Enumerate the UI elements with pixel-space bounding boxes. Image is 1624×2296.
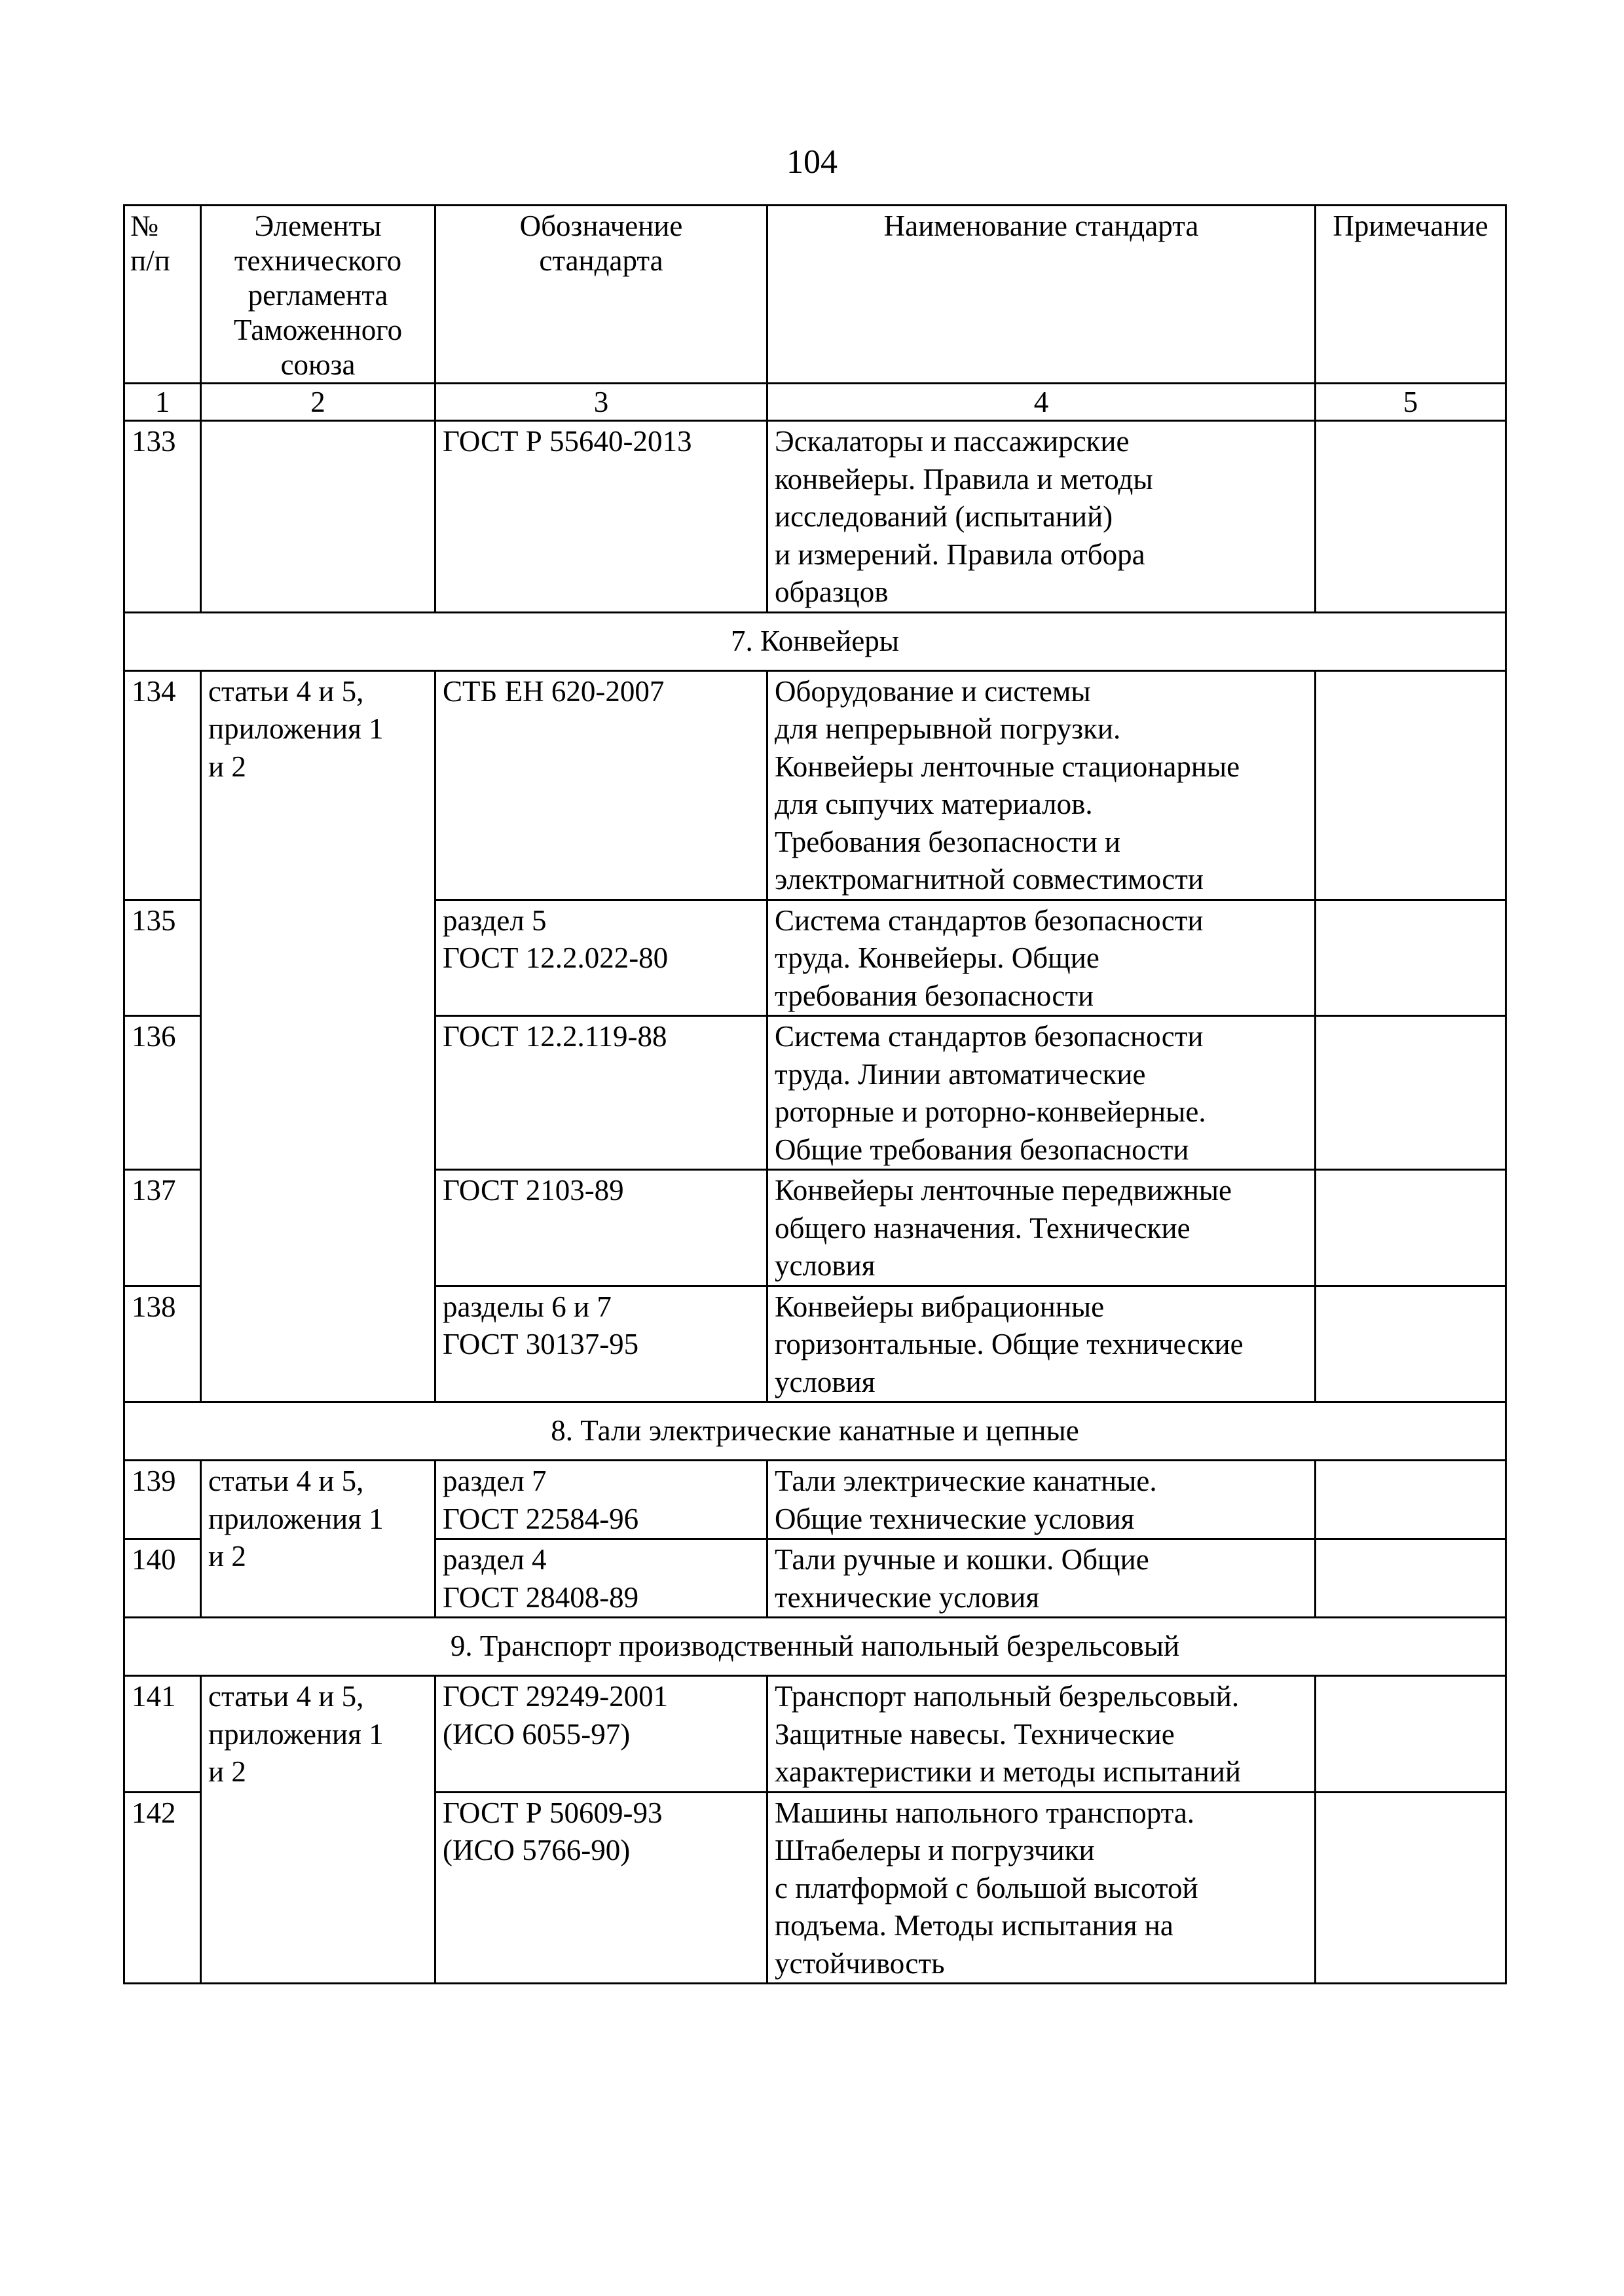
note <box>1316 1539 1506 1618</box>
row-number: 133 <box>124 421 201 613</box>
regulation-elements-line: приложения 1 <box>208 710 428 748</box>
standard-designation-line: ГОСТ Р 50609-93 <box>443 1795 760 1832</box>
standard-name-line: Транспорт напольный безрельсовый. <box>775 1678 1308 1716</box>
standard-designation: ГОСТ 12.2.119-88 <box>435 1016 767 1170</box>
section-title: 8. Тали электрические канатные и цепные <box>124 1402 1506 1461</box>
standard-designation-line: ГОСТ 12.2.119-88 <box>443 1018 760 1056</box>
row-number: 141 <box>124 1676 201 1793</box>
standard-name-line: Тали электрические канатные. <box>775 1463 1308 1501</box>
row-number: 140 <box>124 1539 201 1618</box>
standard-name-line: Конвейеры ленточные стационарные <box>775 748 1308 786</box>
standard-designation: разделы 6 и 7ГОСТ 30137-95 <box>435 1286 767 1402</box>
table-row: 141статьи 4 и 5,приложения 1и 2ГОСТ 2924… <box>124 1676 1506 1793</box>
regulation-elements-line: статьи 4 и 5, <box>208 673 428 711</box>
regulation-elements: статьи 4 и 5,приложения 1и 2 <box>201 1461 435 1618</box>
standard-name: Конвейеры ленточные передвижныеобщего на… <box>767 1170 1316 1286</box>
regulation-elements: статьи 4 и 5,приложения 1и 2 <box>201 670 435 1402</box>
table-row: 133ГОСТ Р 55640-2013Эскалаторы и пассажи… <box>124 421 1506 613</box>
standard-designation: раздел 5ГОСТ 12.2.022-80 <box>435 900 767 1016</box>
regulation-elements <box>201 421 435 613</box>
row-number: 138 <box>124 1286 201 1402</box>
standard-name-line: образцов <box>775 574 1308 611</box>
header-number: № п/п <box>124 206 201 384</box>
standard-name: Тали электрические канатные.Общие технич… <box>767 1461 1316 1539</box>
standard-name-line: Штабелеры и погрузчики <box>775 1832 1308 1870</box>
regulation-elements-line: приложения 1 <box>208 1501 428 1539</box>
section-title: 9. Транспорт производственный напольный … <box>124 1618 1506 1676</box>
header-text: Обозначение <box>443 209 760 244</box>
note <box>1316 1461 1506 1539</box>
standard-designation: ГОСТ 29249-2001(ИСО 6055-97) <box>435 1676 767 1793</box>
section-row: 7. Конвейеры <box>124 612 1506 670</box>
header-text: регламента <box>208 278 428 313</box>
standard-name-line: Система стандартов безопасности <box>775 902 1308 940</box>
regulation-elements-line: статьи 4 и 5, <box>208 1678 428 1716</box>
standard-name-line: Конвейеры вибрационные <box>775 1288 1308 1326</box>
standard-name: Система стандартов безопасноститруда. Ли… <box>767 1016 1316 1170</box>
header-designation: Обозначение стандарта <box>435 206 767 384</box>
column-number: 2 <box>201 384 435 421</box>
standard-designation-line: СТБ ЕН 620-2007 <box>443 673 760 711</box>
standard-name-line: устойчивость <box>775 1945 1308 1983</box>
standard-name: Транспорт напольный безрельсовый.Защитны… <box>767 1676 1316 1793</box>
regulation-elements-line: статьи 4 и 5, <box>208 1463 428 1501</box>
table-row: 139статьи 4 и 5,приложения 1и 2раздел 7Г… <box>124 1461 1506 1539</box>
standard-designation-line: раздел 5 <box>443 902 760 940</box>
standard-name: Тали ручные и кошки. Общиетехнические ус… <box>767 1539 1316 1618</box>
row-number: 139 <box>124 1461 201 1539</box>
standard-name-line: горизонтальные. Общие технические <box>775 1326 1308 1364</box>
standard-designation: ГОСТ 2103-89 <box>435 1170 767 1286</box>
note <box>1316 1676 1506 1793</box>
standard-designation-line: ГОСТ 29249-2001 <box>443 1678 760 1716</box>
standard-designation-line: ГОСТ 22584-96 <box>443 1501 760 1539</box>
column-number-row: 1 2 3 4 5 <box>124 384 1506 421</box>
standard-name-line: общего назначения. Технические <box>775 1210 1308 1248</box>
header-text: стандарта <box>443 244 760 278</box>
header-text: Наименование стандарта <box>775 209 1308 244</box>
standard-designation-line: ГОСТ 28408-89 <box>443 1579 760 1617</box>
row-number: 134 <box>124 670 201 900</box>
column-number: 4 <box>767 384 1316 421</box>
standard-designation-line: раздел 7 <box>443 1463 760 1501</box>
standard-name: Машины напольного транспорта.Штабелеры и… <box>767 1792 1316 1984</box>
header-elements: Элементы технического регламента Таможен… <box>201 206 435 384</box>
section-title: 7. Конвейеры <box>124 612 1506 670</box>
standard-name-line: требования безопасности <box>775 977 1308 1015</box>
standard-name-line: Система стандартов безопасности <box>775 1018 1308 1056</box>
standard-name-line: Эскалаторы и пассажирские <box>775 423 1308 461</box>
header-text: союза <box>208 348 428 382</box>
note <box>1316 1170 1506 1286</box>
regulation-elements-line: и 2 <box>208 748 428 786</box>
note <box>1316 1792 1506 1984</box>
standard-name-line: труда. Конвейеры. Общие <box>775 939 1308 977</box>
standard-designation-line: (ИСО 6055-97) <box>443 1716 760 1754</box>
standard-name-line: конвейеры. Правила и методы <box>775 461 1308 499</box>
standard-name-line: условия <box>775 1247 1308 1285</box>
standard-name-line: для непрерывной погрузки. <box>775 710 1308 748</box>
standard-name-line: Машины напольного транспорта. <box>775 1795 1308 1832</box>
standard-name: Система стандартов безопасноститруда. Ко… <box>767 900 1316 1016</box>
standard-designation-line: разделы 6 и 7 <box>443 1288 760 1326</box>
standard-name-line: труда. Линии автоматические <box>775 1056 1308 1094</box>
standards-table: № п/п Элементы технического регламента Т… <box>123 204 1507 1984</box>
note <box>1316 1286 1506 1402</box>
standard-name-line: роторные и роторно-конвейерные. <box>775 1093 1308 1131</box>
header-note: Примечание <box>1316 206 1506 384</box>
row-number: 135 <box>124 900 201 1016</box>
standard-name-line: Требования безопасности и <box>775 824 1308 862</box>
standard-name-line: для сыпучих материалов. <box>775 786 1308 824</box>
standard-name-line: технические условия <box>775 1579 1308 1617</box>
note <box>1316 421 1506 613</box>
header-text: № <box>130 209 193 244</box>
note <box>1316 670 1506 900</box>
standard-name-line: Тали ручные и кошки. Общие <box>775 1541 1308 1579</box>
column-number: 5 <box>1316 384 1506 421</box>
standard-name-line: Общие технические условия <box>775 1501 1308 1539</box>
standard-name-line: Защитные навесы. Технические <box>775 1716 1308 1754</box>
table-body: 133ГОСТ Р 55640-2013Эскалаторы и пассажи… <box>124 421 1506 1984</box>
row-number: 136 <box>124 1016 201 1170</box>
column-number: 3 <box>435 384 767 421</box>
regulation-elements: статьи 4 и 5,приложения 1и 2 <box>201 1676 435 1984</box>
standard-name-line: Общие требования безопасности <box>775 1131 1308 1169</box>
standard-name-line: Конвейеры ленточные передвижные <box>775 1172 1308 1210</box>
standard-designation-line: ГОСТ 12.2.022-80 <box>443 939 760 977</box>
standard-name-line: Оборудование и системы <box>775 673 1308 711</box>
standard-name-line: с платформой с большой высотой <box>775 1870 1308 1908</box>
regulation-elements-line: и 2 <box>208 1753 428 1791</box>
standard-designation-line: ГОСТ 2103-89 <box>443 1172 760 1210</box>
standard-name: Оборудование и системыдля непрерывной по… <box>767 670 1316 900</box>
section-row: 8. Тали электрические канатные и цепные <box>124 1402 1506 1461</box>
table-row: 134статьи 4 и 5,приложения 1и 2СТБ ЕН 62… <box>124 670 1506 900</box>
standard-name-line: условия <box>775 1364 1308 1402</box>
row-number: 137 <box>124 1170 201 1286</box>
header-text: Элементы <box>208 209 428 244</box>
regulation-elements-line: и 2 <box>208 1538 428 1576</box>
note <box>1316 1016 1506 1170</box>
standard-name: Эскалаторы и пассажирскиеконвейеры. Прав… <box>767 421 1316 613</box>
standard-designation: СТБ ЕН 620-2007 <box>435 670 767 900</box>
standard-designation: ГОСТ Р 50609-93(ИСО 5766-90) <box>435 1792 767 1984</box>
note <box>1316 900 1506 1016</box>
header-text: Таможенного <box>208 313 428 348</box>
standard-designation: раздел 4ГОСТ 28408-89 <box>435 1539 767 1618</box>
regulation-elements-line: приложения 1 <box>208 1716 428 1754</box>
header-text: технического <box>208 244 428 278</box>
standard-name: Конвейеры вибрационныегоризонтальные. Об… <box>767 1286 1316 1402</box>
standard-name-line: исследований (испытаний) <box>775 498 1308 536</box>
standard-designation-line: ГОСТ 30137-95 <box>443 1326 760 1364</box>
page-number: 104 <box>0 143 1624 182</box>
standard-name-line: электромагнитной совместимости <box>775 861 1308 899</box>
standard-designation: раздел 7ГОСТ 22584-96 <box>435 1461 767 1539</box>
header-text: п/п <box>130 244 193 278</box>
standard-designation-line: раздел 4 <box>443 1541 760 1579</box>
standard-designation: ГОСТ Р 55640-2013 <box>435 421 767 613</box>
header-row: № п/п Элементы технического регламента Т… <box>124 206 1506 384</box>
standard-designation-line: ГОСТ Р 55640-2013 <box>443 423 760 461</box>
section-row: 9. Транспорт производственный напольный … <box>124 1618 1506 1676</box>
header-text: Примечание <box>1323 209 1498 244</box>
column-number: 1 <box>124 384 201 421</box>
standard-designation-line: (ИСО 5766-90) <box>443 1832 760 1870</box>
standard-name-line: и измерений. Правила отбора <box>775 536 1308 574</box>
standard-name-line: характеристики и методы испытаний <box>775 1753 1308 1791</box>
standard-name-line: подъема. Методы испытания на <box>775 1907 1308 1945</box>
header-standard-name: Наименование стандарта <box>767 206 1316 384</box>
row-number: 142 <box>124 1792 201 1984</box>
